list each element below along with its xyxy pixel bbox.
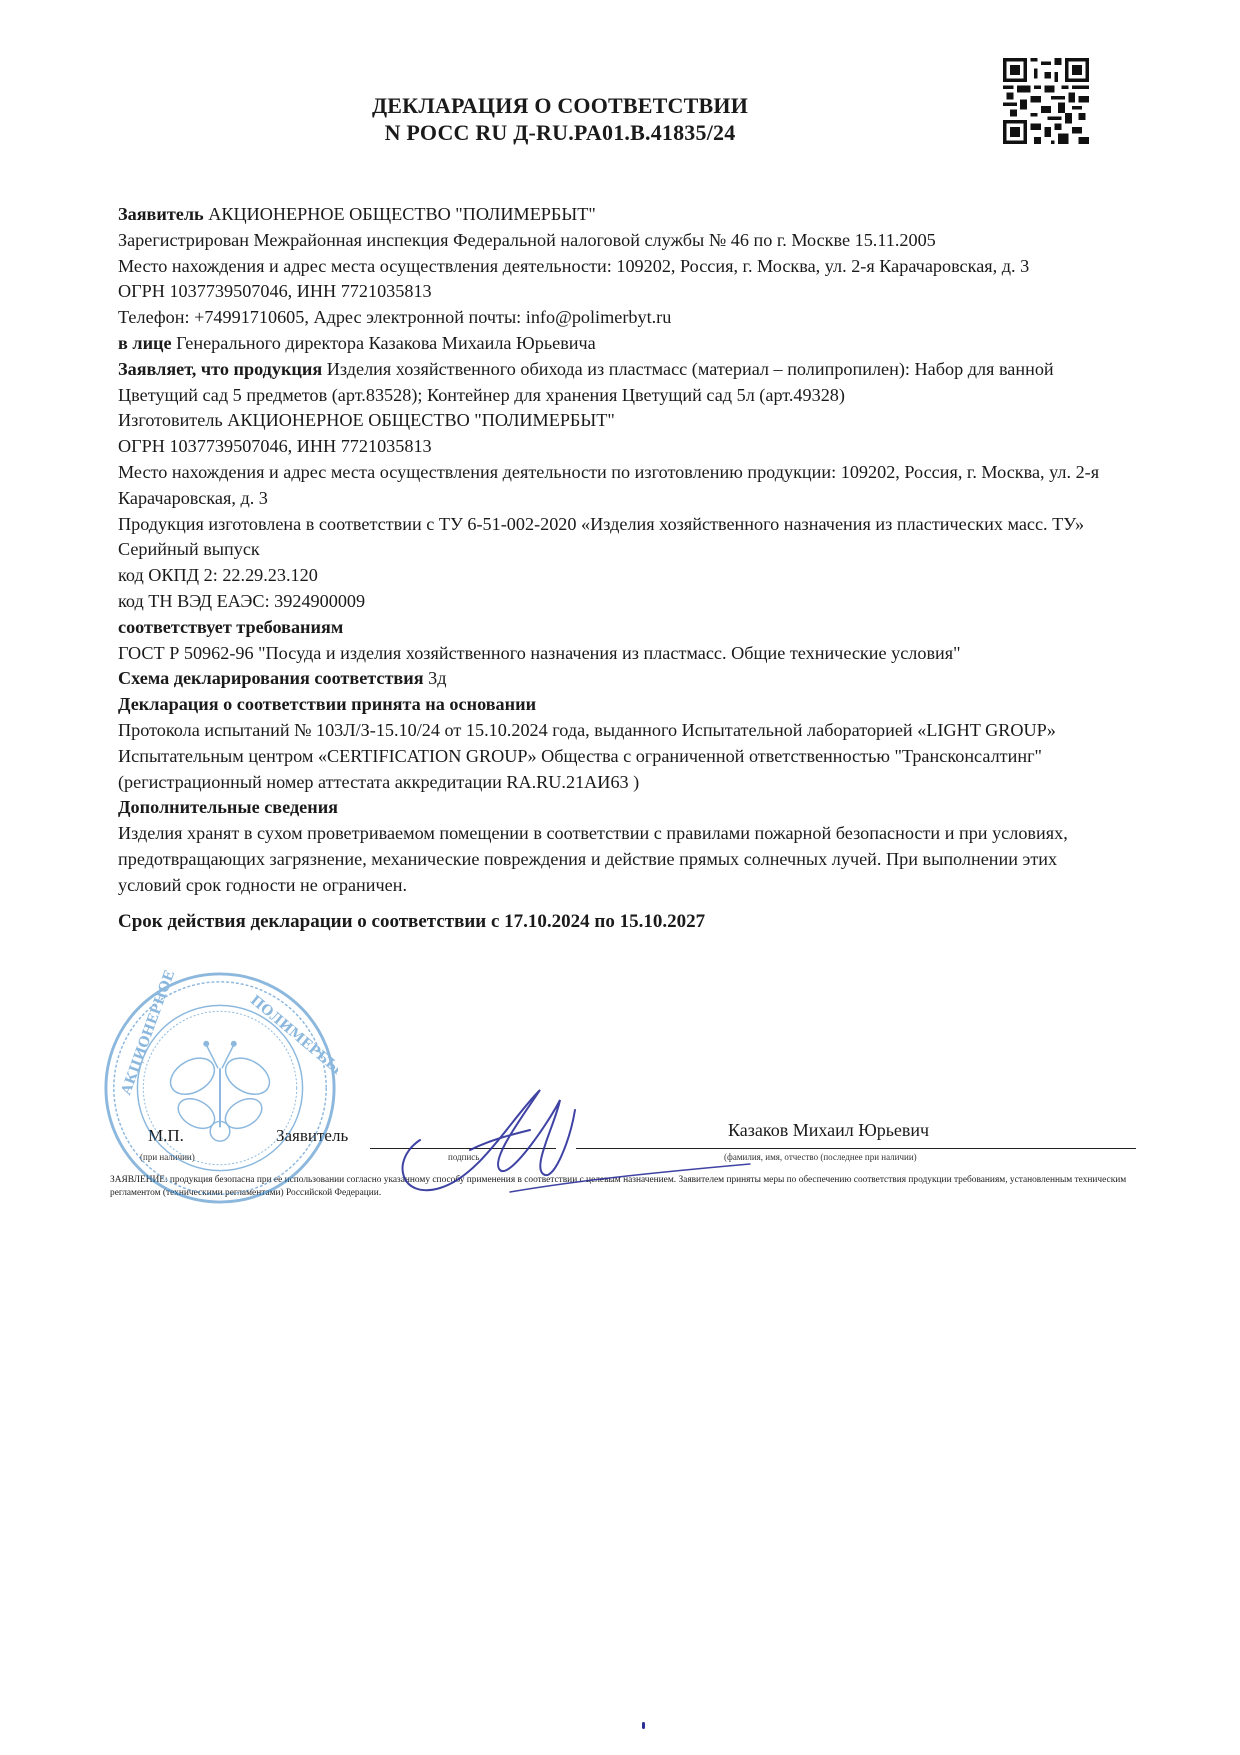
scan-artifact-mark: [642, 1722, 645, 1729]
name-line: [576, 1148, 1136, 1149]
tn-ved-code: код ТН ВЭД ЕАЭС: 3924900009: [118, 589, 1118, 615]
signature-line: [370, 1148, 556, 1149]
declaration-body: Заявитель АКЦИОНЕРНОЕ ОБЩЕСТВО "ПОЛИМЕРБ…: [118, 202, 1118, 934]
validity-period: Срок действия декларации о соответствии …: [118, 909, 1118, 935]
product-line: Заявляет, что продукция Изделия хозяйств…: [118, 357, 1118, 409]
applicant-ids: ОГРН 1037739507046, ИНН 7721035813: [118, 279, 1118, 305]
svg-text:АКЦИОНЕРНОЕ: АКЦИОНЕРНОЕ: [118, 970, 178, 1097]
manufacturer-line: Изготовитель АКЦИОНЕРНОЕ ОБЩЕСТВО "ПОЛИМ…: [118, 408, 1118, 434]
product-label: Заявляет, что продукция: [118, 359, 322, 379]
signature-block: М.П. (при наличии) Заявитель подпись Каз…: [118, 1118, 1138, 1168]
applicant-contacts: Телефон: +74991710605, Адрес электронной…: [118, 305, 1118, 331]
requirements-label: соответствует требованиям: [118, 615, 1118, 641]
applicant-sign-label: Заявитель: [276, 1126, 348, 1146]
release-type: Серийный выпуск: [118, 537, 1118, 563]
seal-place-label: М.П.: [148, 1126, 184, 1146]
declaration-number: N РОСС RU Д-RU.PA01.B.41835/24: [300, 119, 820, 146]
scheme-value: 3д: [428, 668, 446, 688]
manufacturing-standard: Продукция изготовлена в соответствии с Т…: [118, 512, 1118, 538]
company-seal-stamp: АКЦИОНЕРНОЕ ПОЛИМЕРБЫТ: [102, 970, 338, 1206]
manufacturer-address: Место нахождения и адрес места осуществл…: [118, 460, 1118, 512]
basis-text: Протокола испытаний № 103Л/З-15.10/24 от…: [118, 718, 1118, 795]
manufacturer-ids: ОГРН 1037739507046, ИНН 7721035813: [118, 434, 1118, 460]
scheme-line: Схема декларирования соответствия 3д: [118, 666, 1118, 692]
title-heading: ДЕКЛАРАЦИЯ О СООТВЕТСТВИИ: [300, 92, 820, 119]
applicant-address: Место нахождения и адрес места осуществл…: [118, 254, 1118, 280]
applicant-registration: Зарегистрирован Межрайонная инспекция Фе…: [118, 228, 1118, 254]
additional-label: Дополнительные сведения: [118, 795, 1118, 821]
scheme-label: Схема декларирования соответствия: [118, 668, 424, 688]
safety-notice: ЗАЯВЛЕНИЕ: продукция безопасна при ее ис…: [110, 1174, 1140, 1199]
signature-note: подпись: [448, 1152, 479, 1162]
applicant-name: АКЦИОНЕРНОЕ ОБЩЕСТВО "ПОЛИМЕРБЫТ": [208, 204, 596, 224]
okpd-code: код ОКПД 2: 22.29.23.120: [118, 563, 1118, 589]
representative-name: Генерального директора Казакова Михаила …: [176, 333, 596, 353]
qr-code-icon: [1000, 58, 1092, 144]
basis-label: Декларация о соответствии принята на осн…: [118, 692, 1118, 718]
document-title: ДЕКЛАРАЦИЯ О СООТВЕТСТВИИ N РОСС RU Д-RU…: [300, 92, 820, 146]
svg-text:ПОЛИМЕРБЫТ: ПОЛИМЕРБЫТ: [247, 992, 338, 1085]
additional-text: Изделия хранят в сухом проветриваемом по…: [118, 821, 1118, 898]
signer-name-note: (фамилия, имя, отчество (последнее при н…: [724, 1152, 917, 1162]
seal-place-note: (при наличии): [140, 1152, 195, 1162]
representative-line: в лице Генерального директора Казакова М…: [118, 331, 1118, 357]
representative-label: в лице: [118, 333, 172, 353]
applicant-line: Заявитель АКЦИОНЕРНОЕ ОБЩЕСТВО "ПОЛИМЕРБ…: [118, 202, 1118, 228]
requirements-text: ГОСТ Р 50962-96 "Посуда и изделия хозяйс…: [118, 641, 1118, 667]
signer-full-name: Казаков Михаил Юрьевич: [728, 1120, 929, 1141]
applicant-label: Заявитель: [118, 204, 204, 224]
